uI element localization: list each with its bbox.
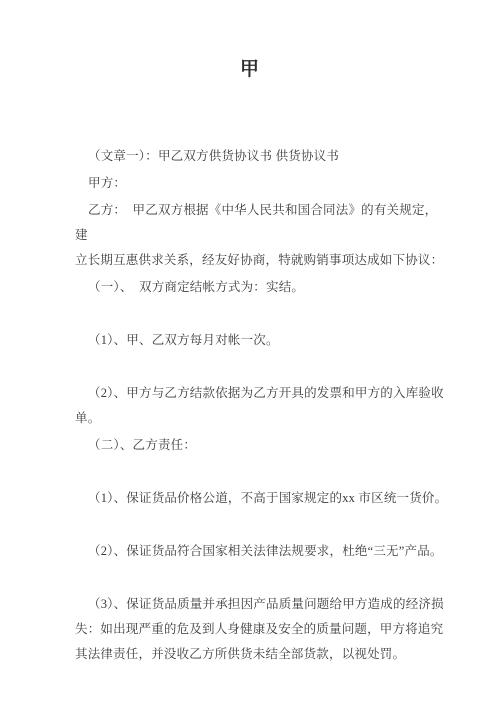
paragraph-section-two-item-1: （1）、保证货品价格公道，不高于国家规定的xx 市区统一货价。: [75, 486, 450, 511]
paragraph-party-a: 甲方：: [75, 171, 450, 196]
paragraph-section-one-item-1: （1）、甲、乙双方每月对帐一次。: [75, 328, 450, 353]
document-title: 甲: [0, 0, 500, 82]
paragraph-party-b-intro: 乙方： 甲乙双方根据《中华人民共和国合同法》的有关规定，建 立长期互惠供求关系，…: [75, 198, 450, 273]
paragraph-section-two-item-2: （2）、保证货品符合国家相关法律法规要求，杜绝“三无”产品。: [75, 539, 450, 564]
document-page: 甲 （文章一）：甲乙双方供货协议书 供货协议书 甲方： 乙方： 甲乙双方根据《中…: [0, 0, 500, 708]
paragraph-section-one-heading: （一）、 双方商定结帐方式为：实结。: [75, 275, 450, 300]
document-body: （文章一）：甲乙双方供货协议书 供货协议书 甲方： 乙方： 甲乙双方根据《中华人…: [0, 82, 500, 667]
paragraph-section-two-heading: （二）、乙方责任：: [75, 433, 450, 458]
paragraph-article-heading: （文章一）：甲乙双方供货协议书 供货协议书: [75, 144, 450, 169]
paragraph-section-one-item-2: （2）、甲方与乙方结款依据为乙方开具的发票和甲方的入库验收 单。: [75, 381, 450, 431]
paragraph-section-two-item-3: （3）、保证货品质量并承担因产品质量问题给甲方造成的经济损 失：如出现严重的危及…: [75, 592, 450, 667]
